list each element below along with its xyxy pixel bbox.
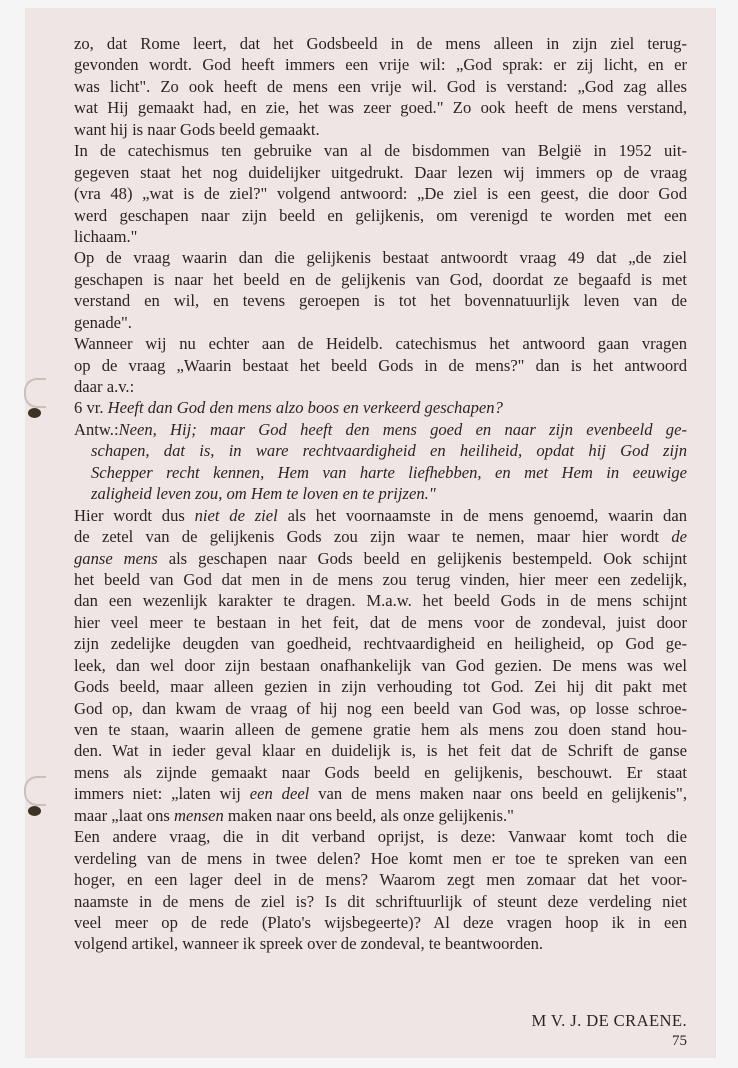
text-line: Schepper recht kennen, Hem van harte lie…: [74, 462, 687, 483]
text-segment: want hij is naar Gods beeld gemaakt.: [74, 120, 320, 139]
italic-text: een deel: [250, 784, 310, 803]
text-line: maar „laat ons mensen maken naar ons bee…: [74, 805, 687, 826]
text-segment: geschapen is naar het beeld en de gelijk…: [74, 270, 687, 289]
text-line: want hij is naar Gods beeld gemaakt.: [74, 119, 687, 140]
page-number: 75: [74, 1031, 687, 1052]
text-line: zaligheid leven zou, om Hem te loven en …: [74, 483, 687, 504]
text-segment: den. Wat in ieder geval klaar en duideli…: [74, 741, 687, 760]
italic-text: mensen: [174, 806, 224, 825]
text-line: volgend artikel, wanneer ik spreek over …: [74, 933, 687, 954]
text-line: leek, dan wel door zijn bestaan onafhank…: [74, 655, 687, 676]
italic-text: Heeft dan God den mens alzo boos en verk…: [108, 398, 503, 417]
text-segment: verdeling van de mens in twee delen? Hoe…: [74, 849, 687, 868]
text-segment: als het voornaamste in de mens genoemd, …: [278, 506, 687, 525]
text-segment: Op de vraag waarin dan die gelijkenis be…: [74, 248, 687, 267]
italic-text: schapen, dat is, in ware rechtvaardighei…: [91, 441, 687, 460]
scanned-page: zo, dat Rome leert, dat het Godsbeeld in…: [25, 8, 715, 1058]
text-line: was licht". Zo ook heeft de mens een vri…: [74, 76, 687, 97]
text-line: Wanneer wij nu echter aan de Heidelb. ca…: [74, 333, 687, 354]
text-line: werd geschapen naar zijn beeld en gelijk…: [74, 205, 687, 226]
italic-text: Neen, Hij; maar God heeft den mens goed …: [119, 420, 687, 439]
text-segment: genade".: [74, 313, 132, 332]
italic-text: zaligheid leven zou, om Hem te loven en …: [91, 484, 436, 503]
text-segment: Wanneer wij nu echter aan de Heidelb. ca…: [74, 334, 687, 353]
text-segment: volgend artikel, wanneer ik spreek over …: [74, 934, 543, 953]
text-segment: verstand en wil, en tevens geroepen is t…: [74, 291, 687, 310]
text-segment: leek, dan wel door zijn bestaan onafhank…: [74, 656, 687, 675]
text-segment: daar a.v.:: [74, 377, 134, 396]
text-line: zo, dat Rome leert, dat het Godsbeeld in…: [74, 33, 687, 54]
text-segment: naamste in de mens de ziel is? Is dit sc…: [74, 892, 687, 911]
text-line: Op de vraag waarin dan die gelijkenis be…: [74, 247, 687, 268]
text-line: zijn zedelijke deugden van goedheid, rec…: [74, 633, 687, 654]
text-segment: ven te staan, waarin alleen de gemene gr…: [74, 720, 687, 739]
text-segment: dan een wezenlijk karakter te dragen. M.…: [74, 591, 687, 610]
text-line: wat Hij gemaakt had, en zie, het was zee…: [74, 97, 687, 118]
text-line: verdeling van de mens in twee delen? Hoe…: [74, 848, 687, 869]
punch-hole-top: [24, 378, 46, 408]
text-segment: zijn zedelijke deugden van goedheid, rec…: [74, 634, 687, 653]
punch-hole-mark-bottom: [28, 806, 41, 816]
text-line: ven te staan, waarin alleen de gemene gr…: [74, 719, 687, 740]
text-line: Een andere vraag, die in dit verband opr…: [74, 826, 687, 847]
text-segment: Hier wordt dus: [74, 506, 195, 525]
text-segment: op de vraag „Waarin bestaat het beeld Go…: [74, 356, 687, 375]
text-line: God op, dan kwam de vraag of hij nog een…: [74, 698, 687, 719]
italic-text: niet de ziel: [195, 506, 278, 525]
text-segment: was licht". Zo ook heeft de mens een vri…: [74, 77, 687, 96]
text-line: mens als zijnde gemaakt naar Gods beeld …: [74, 762, 687, 783]
italic-text: ganse mens: [74, 549, 158, 568]
text-line: naamste in de mens de ziel is? Is dit sc…: [74, 891, 687, 912]
text-segment: gegeven staat het nog duidelijker uitged…: [74, 163, 687, 182]
text-line: veel meer op de rede (Plato's wijsbegeer…: [74, 912, 687, 933]
text-line: Gods beeld, maar alleen gezien in zijn v…: [74, 676, 687, 697]
text-segment: hier veel meer te bestaan in het feit, d…: [74, 613, 687, 632]
text-line: immers niet: „laten wij een deel van de …: [74, 783, 687, 804]
text-segment: veel meer op de rede (Plato's wijsbegeer…: [74, 913, 687, 932]
text-segment: het beeld van God dat men in de mens zou…: [74, 570, 687, 589]
text-segment: wat Hij gemaakt had, en zie, het was zee…: [74, 98, 687, 117]
text-line: den. Wat in ieder geval klaar en duideli…: [74, 740, 687, 761]
text-segment: de zetel van de gelijkenis Gods zou zijn…: [74, 527, 671, 546]
text-segment: lichaam.": [74, 227, 137, 246]
text-segment: hoger, en een lager deel in de mens? Waa…: [74, 870, 687, 889]
punch-hole-bottom: [24, 776, 46, 806]
text-line: 6 vr. Heeft dan God den mens alzo boos e…: [74, 397, 687, 418]
text-segment: zo, dat Rome leert, dat het Godsbeeld in…: [74, 34, 687, 53]
text-line: de zetel van de gelijkenis Gods zou zijn…: [74, 526, 687, 547]
text-line: genade".: [74, 312, 687, 333]
text-segment: God op, dan kwam de vraag of hij nog een…: [74, 699, 687, 718]
text-segment: immers niet: „laten wij: [74, 784, 250, 803]
text-segment: maken naar ons beeld, als onze gelijkeni…: [224, 806, 514, 825]
text-segment: gevonden wordt. God heeft immers een vri…: [74, 55, 687, 74]
text-line: gevonden wordt. God heeft immers een vri…: [74, 54, 687, 75]
text-segment: mens als zijnde gemaakt naar Gods beeld …: [74, 763, 687, 782]
text-segment: van de mens maken naar ons beeld en geli…: [309, 784, 687, 803]
text-line: op de vraag „Waarin bestaat het beeld Go…: [74, 355, 687, 376]
text-segment: (vra 48) „wat is de ziel?" volgend antwo…: [74, 184, 687, 203]
text-segment: als geschapen naar Gods beeld en gelijke…: [158, 549, 687, 568]
text-line: hier veel meer te bestaan in het feit, d…: [74, 612, 687, 633]
text-line: geschapen is naar het beeld en de gelijk…: [74, 269, 687, 290]
text-segment: maar „laat ons: [74, 806, 174, 825]
article-footer: M V. J. DE CRAENE. 75: [74, 1010, 687, 1053]
text-line: dan een wezenlijk karakter te dragen. M.…: [74, 590, 687, 611]
text-line: (vra 48) „wat is de ziel?" volgend antwo…: [74, 183, 687, 204]
author-signature: M V. J. DE CRAENE.: [74, 1010, 687, 1031]
text-line: verstand en wil, en tevens geroepen is t…: [74, 290, 687, 311]
punch-hole-mark-top: [28, 408, 41, 418]
text-line: daar a.v.:: [74, 376, 687, 397]
text-line: lichaam.": [74, 226, 687, 247]
italic-text: Schepper recht kennen, Hem van harte lie…: [91, 463, 687, 482]
text-segment: Gods beeld, maar alleen gezien in zijn v…: [74, 677, 687, 696]
text-line: gegeven staat het nog duidelijker uitged…: [74, 162, 687, 183]
text-segment: Antw.:: [74, 420, 119, 439]
text-segment: werd geschapen naar zijn beeld en gelijk…: [74, 206, 687, 225]
italic-text: de: [671, 527, 687, 546]
text-segment: In de catechismus ten gebruike van al de…: [74, 141, 687, 160]
text-line: het beeld van God dat men in de mens zou…: [74, 569, 687, 590]
text-line: Hier wordt dus niet de ziel als het voor…: [74, 505, 687, 526]
text-line: ganse mens als geschapen naar Gods beeld…: [74, 548, 687, 569]
text-segment: Een andere vraag, die in dit verband opr…: [74, 827, 687, 846]
text-line: Antw.:Neen, Hij; maar God heeft den mens…: [74, 419, 687, 440]
text-line: hoger, en een lager deel in de mens? Waa…: [74, 869, 687, 890]
article-body: zo, dat Rome leert, dat het Godsbeeld in…: [74, 33, 687, 955]
text-segment: 6 vr.: [74, 398, 108, 417]
text-line: In de catechismus ten gebruike van al de…: [74, 140, 687, 161]
text-line: schapen, dat is, in ware rechtvaardighei…: [74, 440, 687, 461]
